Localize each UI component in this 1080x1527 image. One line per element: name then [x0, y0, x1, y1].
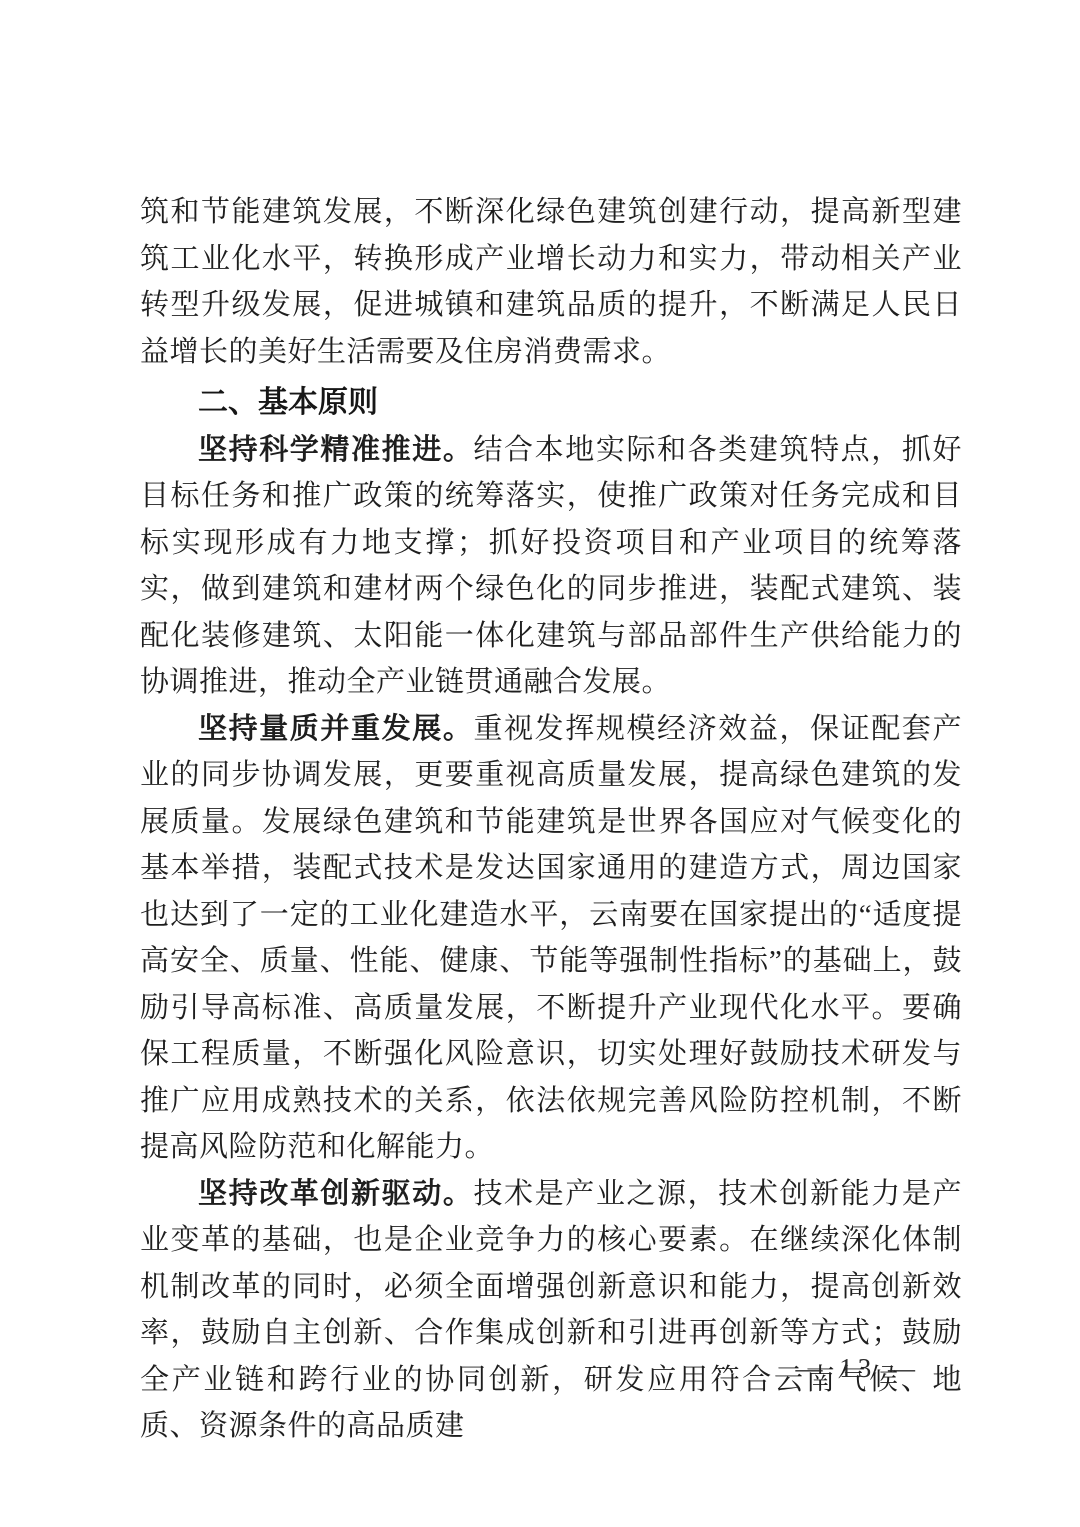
paragraph-lead: 坚持改革创新驱动。: [198, 1178, 473, 1210]
paragraph: 坚持科学精准推进。结合本地实际和各类建筑特点，抓好目标任务和推广政策的统筹落实，…: [140, 427, 962, 706]
continued-paragraph: 筑和节能建筑发展，不断深化绿色建筑创建行动，提高新型建筑工业化水平，转换形成产业…: [140, 189, 962, 375]
document-body: 筑和节能建筑发展，不断深化绿色建筑创建行动，提高新型建筑工业化水平，转换形成产业…: [140, 189, 962, 1450]
page-footer: — 13 —: [796, 1353, 921, 1384]
document-page: 筑和节能建筑发展，不断深化绿色建筑创建行动，提高新型建筑工业化水平，转换形成产业…: [0, 0, 1080, 1527]
page-number: — 13 —: [796, 1353, 921, 1383]
paragraph: 坚持量质并重发展。重视发挥规模经济效益，保证配套产业的同步协调发展，更要重视高质…: [140, 706, 962, 1171]
paragraph-lead: 坚持科学精准推进。: [198, 434, 473, 466]
paragraph-lead: 坚持量质并重发展。: [198, 713, 473, 745]
paragraph: 坚持改革创新驱动。技术是产业之源，技术创新能力是产业变革的基础，也是企业竞争力的…: [140, 1171, 962, 1450]
section-heading: 二、基本原则: [140, 380, 962, 427]
